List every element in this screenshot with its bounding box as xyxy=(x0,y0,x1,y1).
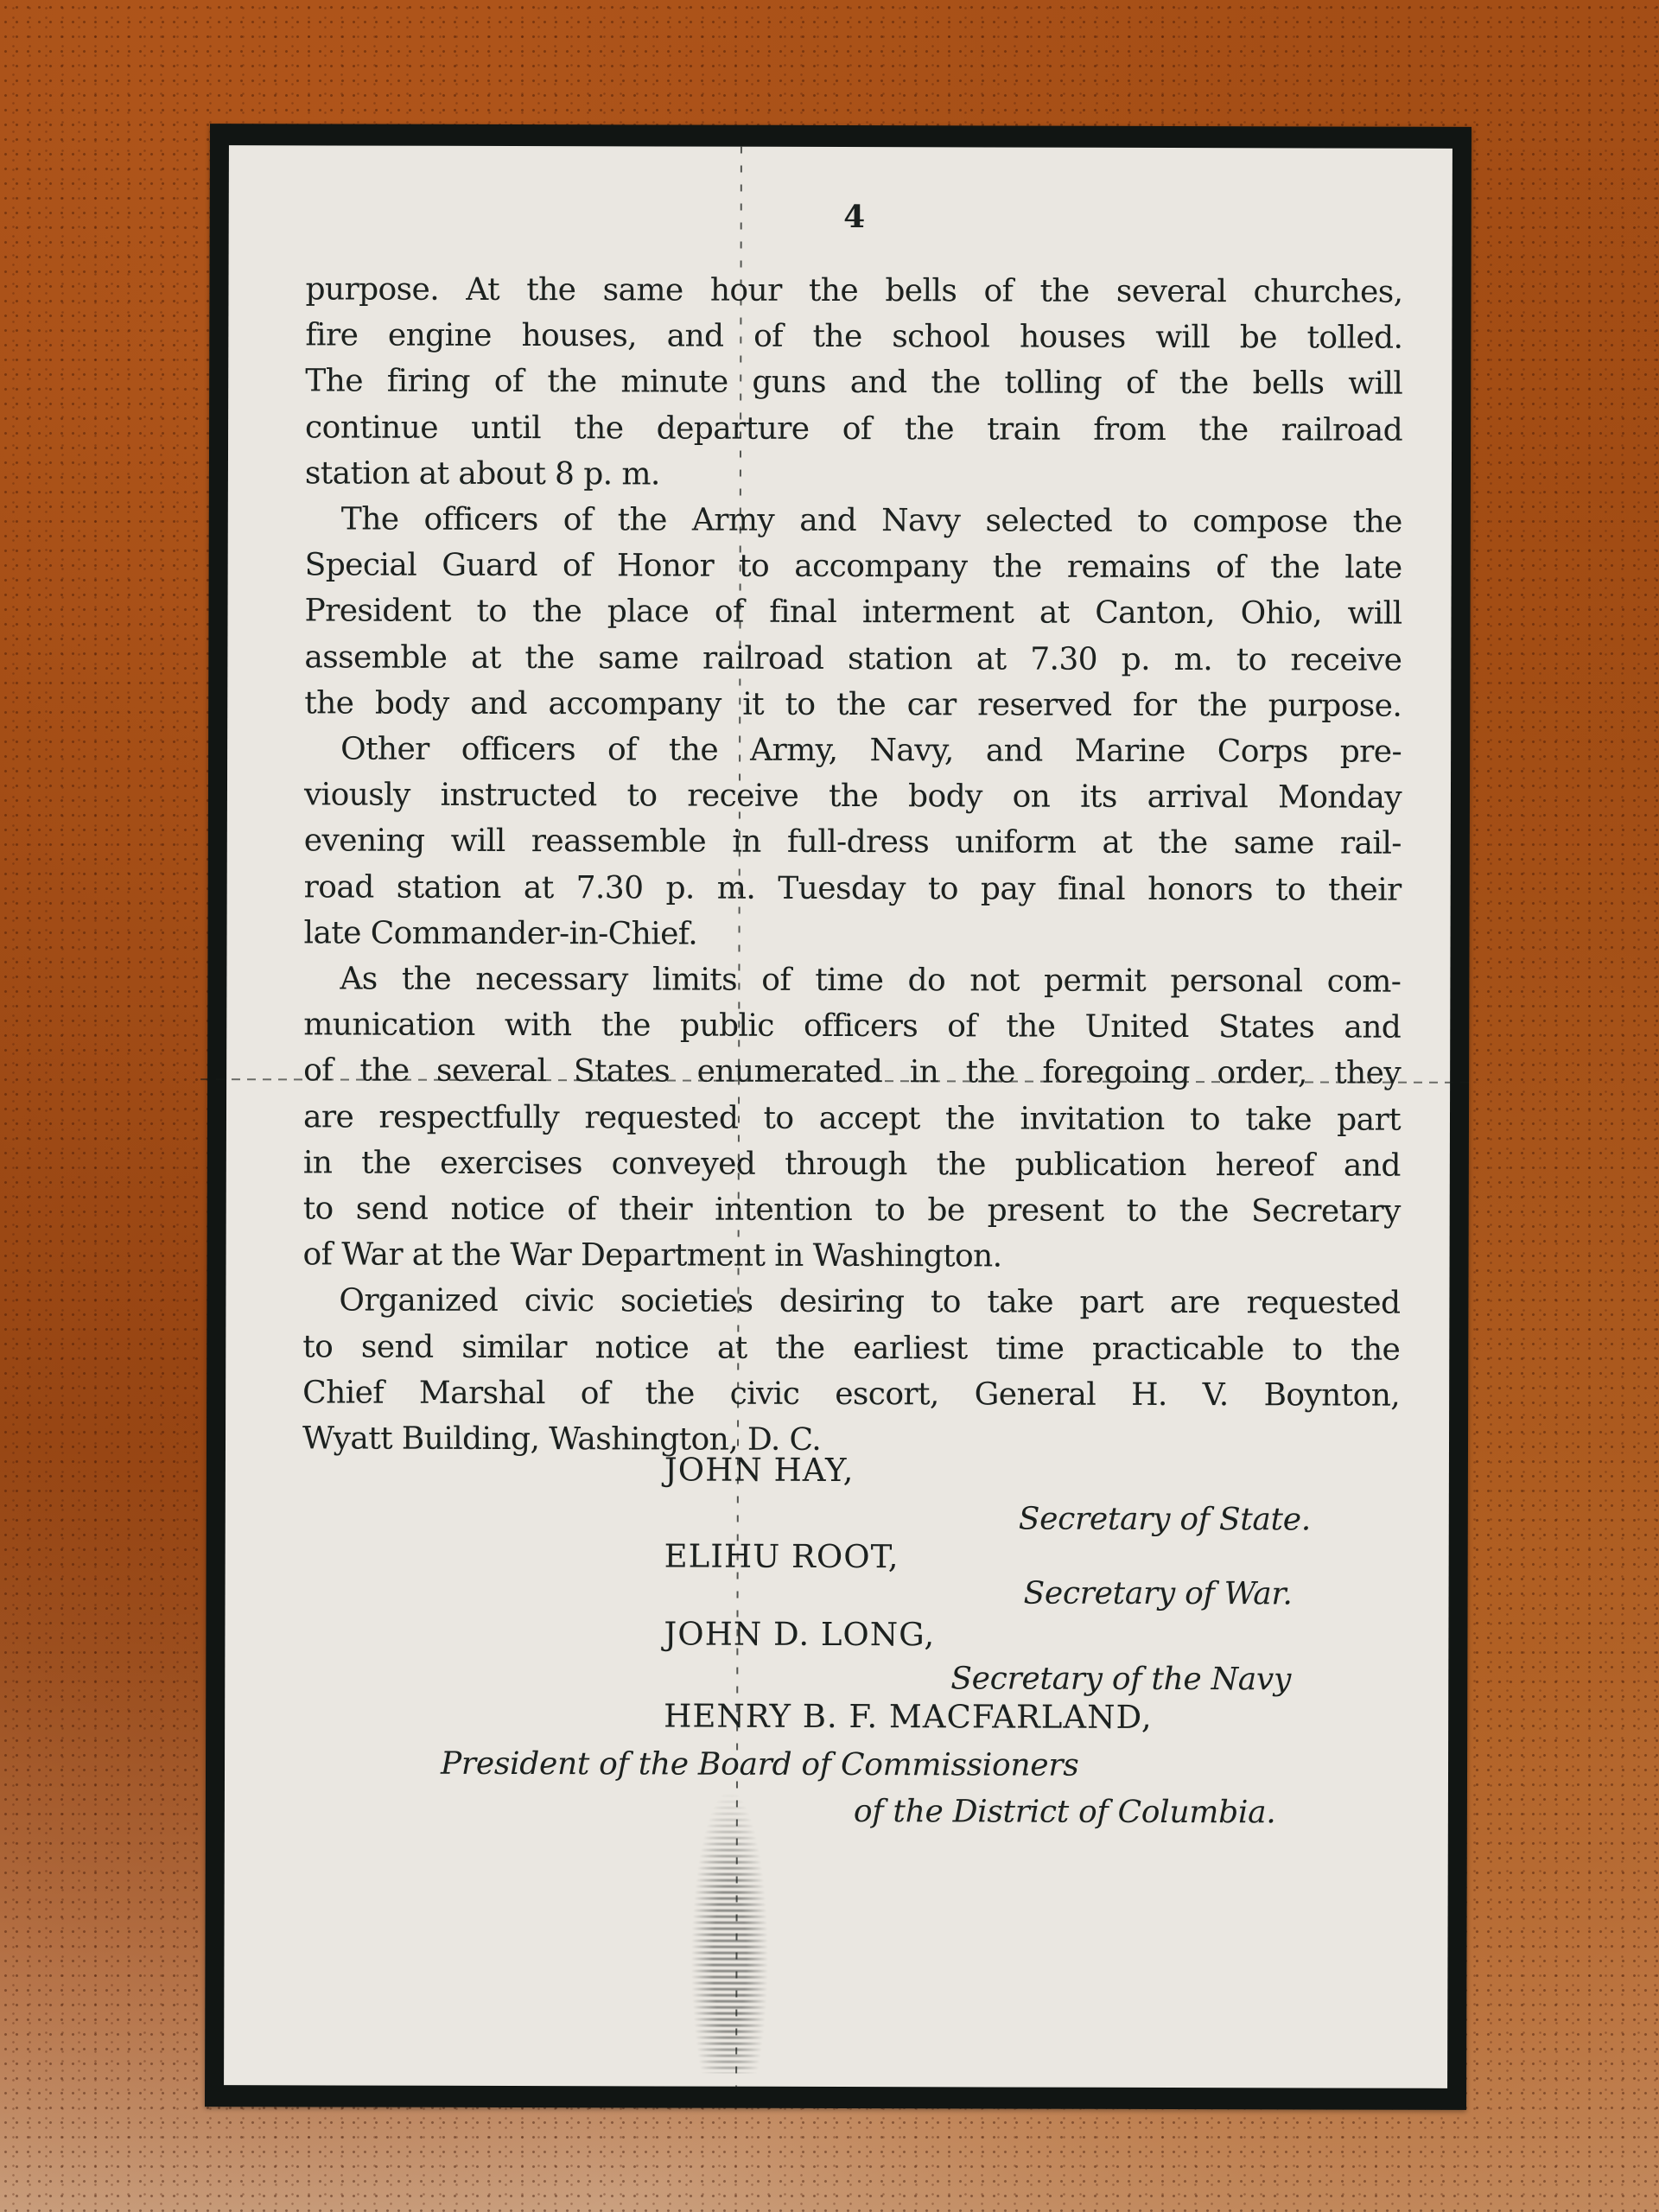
document-body: purpose. At the same hour the bells of t… xyxy=(302,266,1403,1465)
text-line: President to the place of final intermen… xyxy=(304,588,1402,638)
text-line: to send similar notice at the earliest t… xyxy=(302,1324,1400,1373)
signatory-name: JOHN D. LONG, xyxy=(664,1615,935,1653)
signatory-title: Secretary of the Navy xyxy=(950,1661,1291,1697)
text-line: Other officers of the Army, Navy, and Ma… xyxy=(304,726,1402,775)
signatory-title: President of the Board of Commissioners xyxy=(441,1746,1078,1783)
text-line: As the necessary limits of time do not p… xyxy=(303,956,1401,1005)
page-body: 4 purpose. At the same hour the bells of… xyxy=(224,145,1452,2088)
document-text: 4 purpose. At the same hour the bells of… xyxy=(306,145,1403,148)
text-line: are respectfully requested to accept the… xyxy=(303,1094,1401,1143)
text-line: road station at 7.30 p. m. Tuesday to pa… xyxy=(304,864,1402,913)
text-line: purpose. At the same hour the bells of t… xyxy=(305,266,1402,315)
paragraph-4: As the necessary limits of time do not p… xyxy=(303,956,1402,1281)
text-line: assemble at the same railroad station at… xyxy=(304,634,1402,683)
text-line: Chief Marshal of the civic escort, Gener… xyxy=(302,1370,1400,1419)
signatory-title: of the District of Columbia. xyxy=(854,1794,1276,1830)
signatory-title: Secretary of War. xyxy=(1024,1576,1293,1612)
text-line: of War at the War Department in Washingt… xyxy=(303,1232,1401,1281)
text-line: fire engine houses, and of the school ho… xyxy=(305,313,1402,362)
text-line: in the exercises conveyed through the pu… xyxy=(303,1140,1401,1189)
text-line: The officers of the Army and Navy select… xyxy=(305,496,1402,545)
text-line: to send notice of their intention to be … xyxy=(303,1185,1401,1235)
signatory-title: Secretary of State. xyxy=(1019,1502,1311,1538)
signatory-name: ELIHU ROOT, xyxy=(664,1537,899,1575)
signatory-name: HENRY B. F. MACFARLAND, xyxy=(664,1697,1153,1735)
ink-smudge xyxy=(690,1789,769,2074)
signatory-name: JOHN HAY, xyxy=(664,1451,855,1489)
text-line: munication with the public officers of t… xyxy=(303,1002,1401,1052)
paragraph-5: Organized civic societies desiring to ta… xyxy=(302,1278,1401,1465)
text-line: Special Guard of Honor to accompany the … xyxy=(305,543,1402,592)
paragraph-3: Other officers of the Army, Navy, and Ma… xyxy=(303,726,1402,958)
text-line: viously instructed to receive the body o… xyxy=(304,772,1402,822)
text-line: late Commander-in-Chief. xyxy=(303,910,1401,959)
paragraph-2: The officers of the Army and Navy select… xyxy=(304,496,1402,728)
paragraph-1: purpose. At the same hour the bells of t… xyxy=(305,266,1403,499)
text-line: the body and accompany it to the car res… xyxy=(304,680,1402,729)
text-line: Organized civic societies desiring to ta… xyxy=(302,1278,1400,1327)
signature-block: JOHN HAY, Secretary of State. ELIHU ROOT… xyxy=(229,145,1452,149)
text-line: evening will reassemble in full-dress un… xyxy=(304,818,1402,868)
text-line: of the several States enumerated in the … xyxy=(303,1048,1401,1097)
text-line: station at about 8 p. m. xyxy=(305,450,1402,499)
text-line: The firing of the minute guns and the to… xyxy=(305,359,1402,408)
memorial-document-page: 4 purpose. At the same hour the bells of… xyxy=(205,124,1471,2110)
page-number: 4 xyxy=(306,197,1403,236)
text-line: continue until the departure of the trai… xyxy=(305,404,1402,454)
